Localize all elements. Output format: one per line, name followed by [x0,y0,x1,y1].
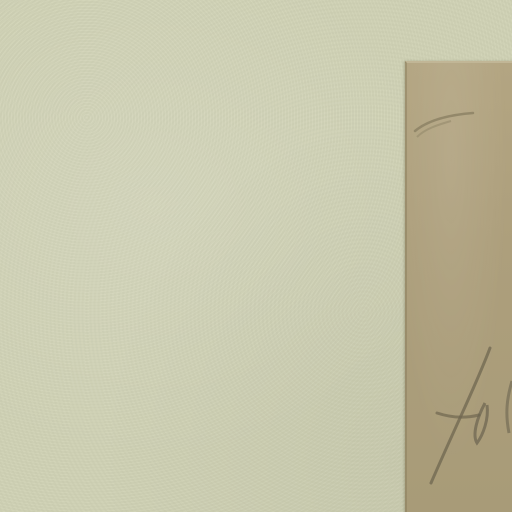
aged-paper-fragment: Ho [405,61,512,512]
pencil-marks [407,63,512,512]
